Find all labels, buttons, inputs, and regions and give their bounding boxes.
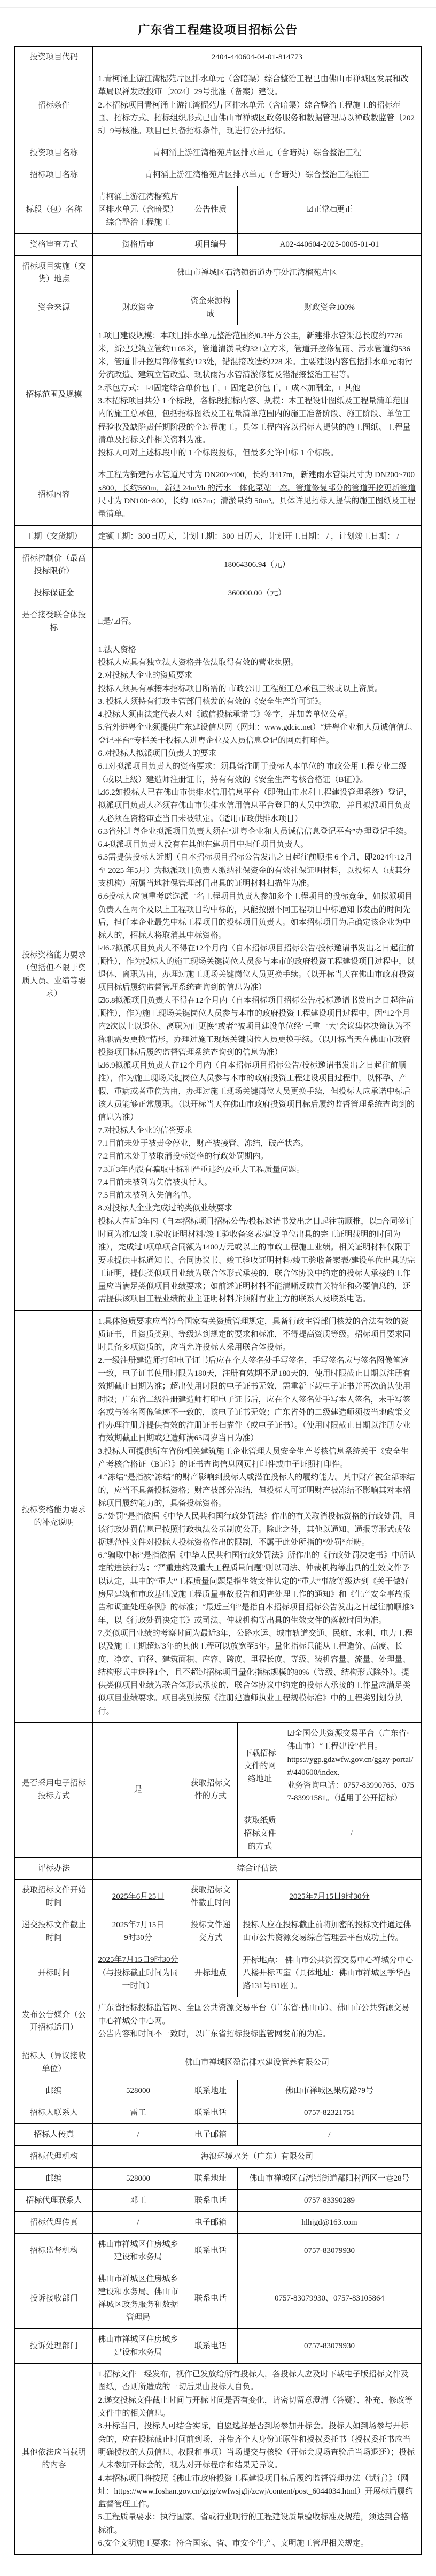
submit-deadline-label: 递交投标文件截止时间: [15, 1914, 93, 1949]
phone1-label: 联系电话: [183, 2102, 238, 2124]
table-row: 递交投标文件截止时间 2025年7月15日9时30分 投标文件递交方式 投标人应…: [15, 1914, 421, 1949]
table-row: 是否接受联合体投标 □是/☑否。: [15, 604, 421, 639]
table-row: 招标代理传真 / 电子邮箱 hlhjgd@163.com: [15, 2212, 421, 2234]
contact1-value: 雷工: [93, 2102, 183, 2124]
table-row: 邮编 528000 联系地址 佛山市禅城区石湾镇街道鄱阳村西区一巷28号: [15, 2168, 421, 2190]
table-row: 邮编 528000 联系地址 佛山市禅城区果房路79号: [15, 2080, 421, 2102]
evaluation-value: 综合评估法: [93, 1857, 421, 1879]
table-row: 招标人联系人 雷工 联系电话 0757-82321751: [15, 2102, 421, 2124]
table-row: 是否采用电子招标投标方式 是 获取招标文件的方式 下载招标文件的网络地址 ☑全国…: [15, 1722, 421, 1810]
phone1-value: 0757-82321751: [238, 2102, 421, 2124]
notice-nature-label: 公告性质: [183, 186, 238, 234]
doc-deadline-value: 2025年7月15日9时30分: [238, 1879, 421, 1914]
complaint-handle-label: 投诉处理部门: [15, 2329, 93, 2364]
table-row: 工期（交货期） 定额工期：300日历天，计划工期：300 日历天，计划开工日期：…: [15, 525, 421, 547]
email2-label: 电子邮箱: [183, 2212, 238, 2234]
address2-label: 联系地址: [183, 2168, 238, 2190]
fax1-value: /: [93, 2124, 183, 2146]
notice-nature-value: ☑正常/□更正: [238, 186, 421, 234]
supervisor-value: 佛山市禅城区住房城乡建设和水务局: [93, 2234, 183, 2268]
page-title: 广东省工程建设项目招标公告: [0, 21, 436, 37]
invest-name-label: 投资项目名称: [15, 142, 93, 164]
email1-label: 电子邮箱: [183, 2124, 238, 2146]
consortium-label: 是否接受联合体投标: [15, 604, 93, 639]
e-bidding-label: 是否采用电子招标投标方式: [15, 1722, 93, 1857]
tenderer-value: 佛山市禅城区盈浩排水建设管养有限公司: [93, 2045, 421, 2080]
complaint-handle-value: 佛山市禅城区住房城乡建设和水务局: [93, 2329, 183, 2364]
table-row: 投诉处理部门 佛山市禅城区住房城乡建设和水务局 联系电话 0757-830799…: [15, 2329, 421, 2364]
section-value: 青柯涌上游江湾榴苑片区排水单元（含暗渠）综合整治工程施工: [93, 186, 183, 234]
content-value: 本工程为新建污水管道尺寸为 DN200~400，长约 3417m，新建雨水管渠尺…: [93, 464, 421, 525]
paper-docs-label: 获取纸质招标文件的方式: [238, 1810, 282, 1857]
table-row: 招标代理联系人 邓工 联系电话 0757-83390289: [15, 2190, 421, 2212]
fax1-label: 招标人传真: [15, 2124, 93, 2146]
table-row: 招标人（异议接收单位） 佛山市禅城区盈浩排水建设管养有限公司: [15, 2045, 421, 2080]
table-row: 其他依法应当载明的内容 1.招标文件一经发布，视作已发放给所有投标人，各投标人应…: [15, 2364, 421, 2555]
zip1-value: 528000: [93, 2080, 183, 2102]
page-top-divider: [0, 7, 436, 8]
conditions-label: 招标条件: [15, 68, 93, 142]
contact2-value: 邓工: [93, 2190, 183, 2212]
control-price-value: 18064306.94（元）: [93, 547, 421, 582]
address2-value: 佛山市禅城区石湾镇街道鄱阳村西区一巷28号: [238, 2168, 421, 2190]
table-row: 投标资格能力要求（包括但不限于资质人员、业绩等要求） 1.法人资格投标人应具有独…: [15, 639, 421, 1310]
section-label: 标段（包）名称: [15, 186, 93, 234]
phone2-label: 联系电话: [183, 2190, 238, 2212]
table-row: 招标代理机构 海浪环境水务（广东）有限公司: [15, 2146, 421, 2168]
table-row: 开标时间 2025年7月15日9时30分（与投标截止时间为同一时间） 开标地点 …: [15, 1949, 421, 1997]
location-value: 佛山市禅城区石湾镇街道办事处江湾榴苑片区: [93, 256, 421, 290]
media-value: 广东省招标投标监管网、全国公共资源交易平台（广东省·佛山市）、佛山市公共资源交易…: [93, 1997, 421, 2045]
tender-name-value: 青柯涌上游江湾榴苑片区排水单元（含暗渠）综合整治工程施工: [93, 164, 421, 186]
table-row: 获取招标文件开始时间 2025年6月25日 获取招标文件截止时间 2025年7月…: [15, 1879, 421, 1914]
table-row: 招标项目实施（交货）地点 佛山市禅城区石湾镇街道办事处江湾榴苑片区: [15, 256, 421, 290]
e-bidding-value: 是: [93, 1722, 183, 1857]
funds-label: 资金来源: [15, 290, 93, 325]
scope-value: 1.项目建设规模：本项目排水单元整治范围约0.3平方公里，新建排水管渠总长度约7…: [93, 325, 421, 464]
funds-composition-value: 财政资金100%: [238, 290, 421, 325]
funds-composition-label: 资金来源构成: [183, 290, 238, 325]
agency-label: 招标代理机构: [15, 2146, 93, 2168]
consortium-value: □是/☑否。: [93, 604, 421, 639]
email2-value: hlhjgd@163.com: [238, 2212, 421, 2234]
doc-deadline-label: 获取招标文件截止时间: [183, 1879, 238, 1914]
project-number-value: A02-440604-2025-0005-01-01: [238, 234, 421, 256]
control-price-label: 招标控制价（最高投标限价）: [15, 547, 93, 582]
table-row: 招标范围及规模 1.项目建设规模：本项目排水单元整治范围约0.3平方公里，新建排…: [15, 325, 421, 464]
phone2-value: 0757-83390289: [238, 2190, 421, 2212]
evaluation-label: 评标办法: [15, 1857, 93, 1879]
project-code-value: 2404-440604-04-01-814773: [93, 47, 421, 68]
capability-label: 投标资格能力要求（包括但不限于资质人员、业绩等要求）: [15, 639, 93, 1310]
location-label: 招标项目实施（交货）地点: [15, 256, 93, 290]
doc-start-label: 获取招标文件开始时间: [15, 1879, 93, 1914]
complaint-recv-phone-value: 0757-83079930、0757-83105864: [238, 2268, 421, 2329]
contact1-label: 招标人联系人: [15, 2102, 93, 2124]
doc-start-value: 2025年6月25日: [93, 1879, 183, 1914]
tender-announcement-table: 投资项目代码 2404-440604-04-01-814773 招标条件 1.青…: [14, 46, 421, 2555]
duration-label: 工期（交货期）: [15, 525, 93, 547]
zip2-label: 邮编: [15, 2168, 93, 2190]
invest-name-value: 青柯涌上游江湾榴苑片区排水单元（含暗渠）综合整治工程: [93, 142, 421, 164]
table-row: 投标保证金 360000.00（元）: [15, 582, 421, 604]
qualification-review-label: 资格审查方式: [15, 234, 93, 256]
complaint-recv-value: 佛山市禅城区住房城乡建设和水务局、佛山市禅城区政务服务和数据管理局: [93, 2268, 183, 2329]
capability-value: 1.法人资格投标人应具有独立法人资格并依法取得有效的营业执照。2.对投标人企业的…: [93, 639, 421, 1310]
complaint-handle-phone-value: 0757-83079930: [238, 2329, 421, 2364]
table-row: 资格审查方式 资格后审 项目编号 A02-440604-2025-0005-01…: [15, 234, 421, 256]
duration-value: 定额工期：300日历天，计划工期：300 日历天，计划开工日期： / ，计划竣工…: [93, 525, 421, 547]
address1-value: 佛山市禅城区果房路79号: [238, 2080, 421, 2102]
table-row: 招标项目名称 青柯涌上游江湾榴苑片区排水单元（含暗渠）综合整治工程施工: [15, 164, 421, 186]
submit-method-label: 投标文件递交方式: [183, 1914, 238, 1949]
bid-bond-label: 投标保证金: [15, 582, 93, 604]
media-label: 发布公告媒介（公开招标适用）: [15, 1997, 93, 2045]
funds-value: 财政资金: [93, 290, 183, 325]
complaint-recv-phone-label: 联系电话: [183, 2268, 238, 2329]
download-url-value: ☑全国公共资源交易平台（广东省·佛山市）“工程建设”栏目。https://ygp…: [282, 1722, 421, 1810]
capability-notes-value: 1.具体资质要求应当符合国家有关资质管理规定，具备行政主管部门核发的合法有效的资…: [93, 1310, 421, 1722]
table-row: 投资项目名称 青柯涌上游江湾榴苑片区排水单元（含暗渠）综合整治工程: [15, 142, 421, 164]
supervisor-label: 招标监督机构: [15, 2234, 93, 2268]
project-number-label: 项目编号: [183, 234, 238, 256]
tender-name-label: 招标项目名称: [15, 164, 93, 186]
qualification-review-value: 资格后审: [93, 234, 183, 256]
bid-bond-value: 360000.00（元）: [93, 582, 421, 604]
agency-value: 海浪环境水务（广东）有限公司: [93, 2146, 421, 2168]
supervisor-phone-value: 0757-83079930: [238, 2234, 421, 2268]
opening-time-label: 开标时间: [15, 1949, 93, 1997]
project-code-label: 投资项目代码: [15, 47, 93, 68]
fax2-value: /: [93, 2212, 183, 2234]
table-row: 投诉接收部门 佛山市禅城区住房城乡建设和水务局、佛山市禅城区政务服务和数据管理局…: [15, 2268, 421, 2329]
submit-deadline-value: 2025年7月15日9时30分: [93, 1914, 183, 1949]
complaint-recv-label: 投诉接收部门: [15, 2268, 93, 2329]
zip1-label: 邮编: [15, 2080, 93, 2102]
table-row: 评标办法 综合评估法: [15, 1857, 421, 1879]
table-row: 招标控制价（最高投标限价） 18064306.94（元）: [15, 547, 421, 582]
email1-value: /: [238, 2124, 421, 2146]
paper-docs-value: /: [282, 1810, 421, 1857]
tenderer-label: 招标人（异议接收单位）: [15, 2045, 93, 2080]
supervisor-phone-label: 联系电话: [183, 2234, 238, 2268]
other-value: 1.招标文件一经发布，视作已发放给所有投标人，各投标人应及时下载电子版招标文件及…: [93, 2364, 421, 2555]
other-label: 其他依法应当载明的内容: [15, 2364, 93, 2555]
contact2-label: 招标代理联系人: [15, 2190, 93, 2212]
table-row: 投标资格能力要求的补充说明 1.具体资质要求应当符合国家有关资质管理规定，具备行…: [15, 1310, 421, 1722]
table-row: 招标人传真 / 电子邮箱 /: [15, 2124, 421, 2146]
submit-method-value: 投标人应在投标截止前将加密的投标文件通过佛山市公共资源交易综合管理云平台成功上传…: [238, 1914, 421, 1949]
table-row: 招标内容 本工程为新建污水管道尺寸为 DN200~400，长约 3417m，新建…: [15, 464, 421, 525]
scope-label: 招标范围及规模: [15, 325, 93, 464]
fax2-label: 招标代理传真: [15, 2212, 93, 2234]
download-url-label: 下载招标文件的网络地址: [238, 1722, 282, 1810]
table-row: 标段（包）名称 青柯涌上游江湾榴苑片区排水单元（含暗渠）综合整治工程施工 公告性…: [15, 186, 421, 234]
table-row: 招标监督机构 佛山市禅城区住房城乡建设和水务局 联系电话 0757-830799…: [15, 2234, 421, 2268]
table-row: 投资项目代码 2404-440604-04-01-814773: [15, 47, 421, 68]
conditions-value: 1.青柯涌上游江湾榴苑片区排水单元（含暗渠）综合整治工程已由佛山市禅城区发展和改…: [93, 68, 421, 142]
opening-place-value: 开标地点： 佛山市公共资源交易中心禅城分中心八楼开标四室（具体地址：佛山市禅城区…: [238, 1949, 421, 1997]
complaint-handle-phone-label: 联系电话: [183, 2329, 238, 2364]
opening-time-value: 2025年7月15日9时30分（与投标截止时间为同一时间）: [93, 1949, 183, 1997]
table-row: 招标条件 1.青柯涌上游江湾榴苑片区排水单元（含暗渠）综合整治工程已由佛山市禅城…: [15, 68, 421, 142]
address1-label: 联系地址: [183, 2080, 238, 2102]
content-label: 招标内容: [15, 464, 93, 525]
table-row: 资金来源 财政资金 资金来源构成 财政资金100%: [15, 290, 421, 325]
obtain-docs-label: 获取招标文件的方式: [183, 1722, 238, 1857]
opening-place-label: 开标地点: [183, 1949, 238, 1997]
table-row: 发布公告媒介（公开招标适用） 广东省招标投标监管网、全国公共资源交易平台（广东省…: [15, 1997, 421, 2045]
zip2-value: 528000: [93, 2168, 183, 2190]
capability-notes-label: 投标资格能力要求的补充说明: [15, 1310, 93, 1722]
